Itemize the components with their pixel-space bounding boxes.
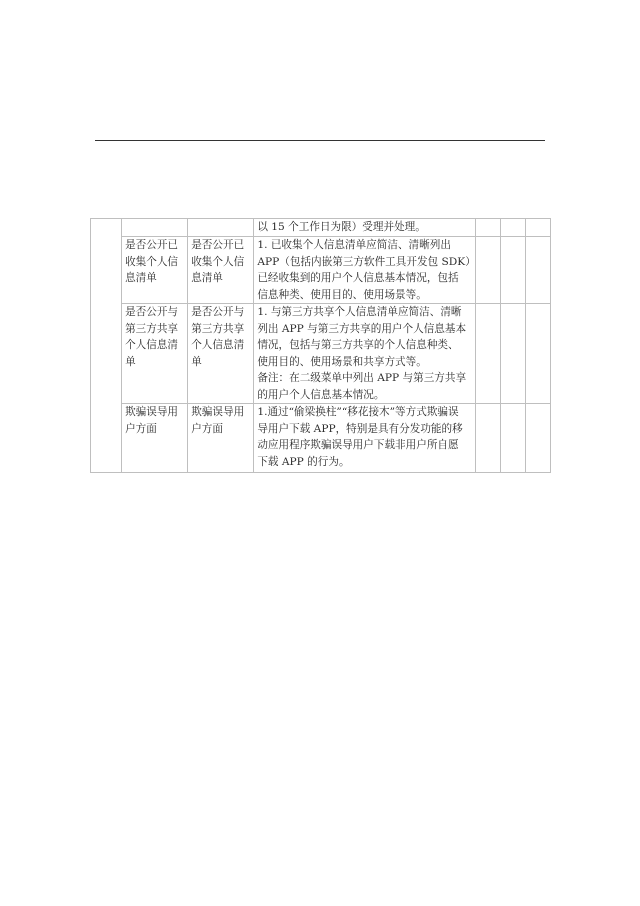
table-row: 是否公开已 收集个人信 息清单 是否公开已 收集个人信 息清单 1. 已收集个人… [91, 237, 551, 304]
header-rule [95, 140, 545, 141]
requirement-cell: 以 15 个工作日为限）受理并处理。 [254, 219, 475, 237]
table-row: 以 15 个工作日为限）受理并处理。 [91, 219, 551, 237]
check-cell [500, 237, 525, 304]
requirement-text: 1. 与第三方共享个人信息清单应简洁、清晰 [257, 304, 471, 321]
requirement-text: 1.通过“偷梁换柱”“移花接木”等方式欺骗误 [257, 404, 471, 421]
requirement-text: 动应用程序欺骗误导用户下载非用户所自愿 [257, 437, 471, 454]
item-detail-text: 收集个人信 [191, 254, 250, 271]
item-detail-text: 是否公开已 [191, 237, 250, 254]
item-detail-cell: 是否公开与 第三方共享 个人信息清 单 [188, 304, 254, 404]
item-text: 第三方共享 [125, 321, 184, 338]
note-text: 备注：在二级菜单中列出 APP 与第三方共享 [257, 370, 471, 387]
item-text: 是否公开已 [125, 237, 184, 254]
requirement-text: 以 15 个工作日为限）受理并处理。 [257, 219, 471, 236]
item-detail-text: 息清单 [191, 270, 250, 287]
item-text: 收集个人信 [125, 254, 184, 271]
requirement-text: 情况，包括与第三方共享的个人信息种类、 [257, 337, 471, 354]
requirement-text: 导用户下载 APP，特别是具有分发功能的移 [257, 421, 471, 438]
requirement-text: APP（包括内嵌第三方软件工具开发包 SDK） [257, 254, 471, 271]
requirement-text: 使用目的、使用场景和共享方式等。 [257, 354, 471, 371]
requirement-cell: 1. 已收集个人信息清单应简洁、清晰列出 APP（包括内嵌第三方软件工具开发包 … [254, 237, 475, 304]
category-cell [91, 219, 122, 473]
check-cell [525, 219, 550, 237]
item-cell: 欺骗误导用 户方面 [122, 404, 188, 473]
table-row: 是否公开与 第三方共享 个人信息清 单 是否公开与 第三方共享 个人信息清 单 … [91, 304, 551, 404]
check-cell [500, 304, 525, 404]
table-row: 欺骗误导用 户方面 欺骗误导用 户方面 1.通过“偷梁换柱”“移花接木”等方式欺… [91, 404, 551, 473]
check-cell [475, 404, 500, 473]
item-detail-text: 单 [191, 354, 250, 371]
item-detail-text: 是否公开与 [191, 304, 250, 321]
item-text: 欺骗误导用 [125, 404, 184, 421]
item-text: 个人信息清 [125, 337, 184, 354]
item-detail-cell: 是否公开已 收集个人信 息清单 [188, 237, 254, 304]
item-text: 息清单 [125, 270, 184, 287]
check-cell [525, 304, 550, 404]
check-cell [500, 404, 525, 473]
check-cell [475, 219, 500, 237]
item-cell: 是否公开已 收集个人信 息清单 [122, 237, 188, 304]
item-detail-text: 个人信息清 [191, 337, 250, 354]
check-cell [525, 237, 550, 304]
item-text: 是否公开与 [125, 304, 184, 321]
item-cell [122, 219, 188, 237]
checklist-table: 以 15 个工作日为限）受理并处理。 是否公开已 收集个人信 息清单 是否公开已… [90, 218, 551, 473]
item-detail-cell: 欺骗误导用 户方面 [188, 404, 254, 473]
check-cell [475, 304, 500, 404]
note-text: 的用户个人信息基本情况。 [257, 387, 471, 404]
item-text: 户方面 [125, 421, 184, 438]
item-cell: 是否公开与 第三方共享 个人信息清 单 [122, 304, 188, 404]
requirement-text: 列出 APP 与第三方共享的用户个人信息基本 [257, 321, 471, 338]
requirement-text: 已经收集到的用户个人信息基本情况，包括 [257, 270, 471, 287]
item-detail-cell [188, 219, 254, 237]
requirement-text: 信息种类、使用目的、使用场景等。 [257, 287, 471, 304]
check-cell [525, 404, 550, 473]
check-cell [500, 219, 525, 237]
requirement-cell: 1.通过“偷梁换柱”“移花接木”等方式欺骗误 导用户下载 APP，特别是具有分发… [254, 404, 475, 473]
item-detail-text: 第三方共享 [191, 321, 250, 338]
requirement-text: 下载 APP 的行为。 [257, 454, 471, 471]
item-detail-text: 户方面 [191, 421, 250, 438]
item-text: 单 [125, 354, 184, 371]
requirement-text: 1. 已收集个人信息清单应简洁、清晰列出 [257, 237, 471, 254]
check-cell [475, 237, 500, 304]
item-detail-text: 欺骗误导用 [191, 404, 250, 421]
requirement-cell: 1. 与第三方共享个人信息清单应简洁、清晰 列出 APP 与第三方共享的用户个人… [254, 304, 475, 404]
